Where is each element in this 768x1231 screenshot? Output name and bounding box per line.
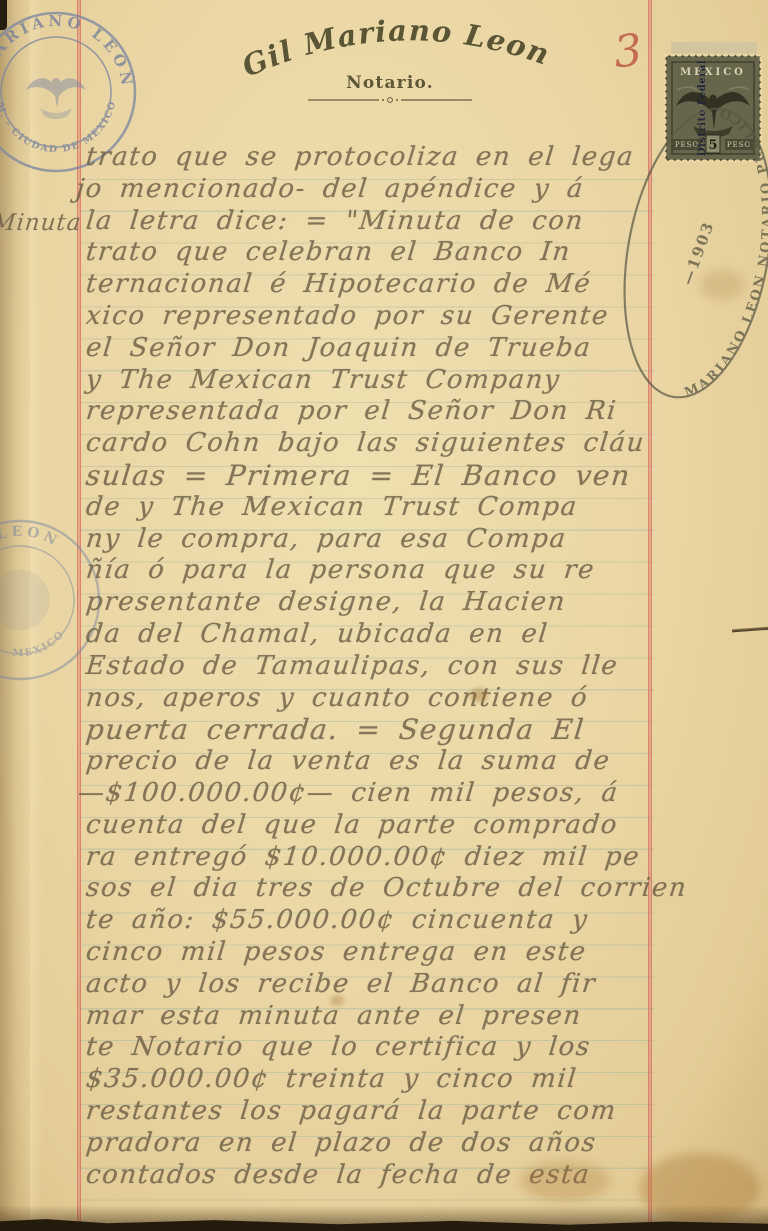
oval-cancel-text: MARIANO LEON NOTARIO PUBLICO: [667, 104, 768, 411]
handwritten-line: cuenta del que la parte comprado: [84, 810, 665, 842]
handwritten-line: la letra dice: = "Minuta de con: [84, 206, 665, 238]
handwritten-line: ternacional é Hipotecario de Mé: [84, 269, 665, 301]
handwritten-line: $35.000.00¢ treinta y cinco mil: [84, 1064, 665, 1096]
handwritten-line: Estado de Tamaulipas, con sus lle: [84, 651, 665, 683]
stamp-country: MEXICO: [680, 67, 746, 78]
seal-center-blur: [0, 559, 61, 640]
handwritten-line: presentante designe, la Hacien: [84, 587, 665, 619]
handwritten-line: jo mencionado- del apéndice y á: [74, 174, 665, 206]
handwritten-line: sos el dia tres de Octubre del corrien: [84, 873, 665, 905]
letterhead: Gil Mariano Leon Notario.: [160, 6, 620, 118]
stain-spot-1: [470, 688, 488, 702]
handwritten-line: cinco mil pesos entrega en este: [84, 937, 665, 969]
handwritten-line: da del Chamal, ubicada en el: [84, 619, 665, 651]
handwritten-line: mar esta minuta ante el presen: [84, 1001, 665, 1033]
right-edge-tear: [732, 627, 768, 633]
handwritten-line: puerta cerrada. = Segunda El: [84, 714, 665, 746]
notarial-document-page: Gil Mariano Leon Notario. 3 MEXICO PESO: [0, 0, 768, 1231]
handwritten-line: ny le compra, para esa Compa: [84, 524, 665, 556]
handwritten-line: trato que se protocoliza en el lega: [84, 142, 665, 174]
handwritten-line: y The Mexican Trust Company: [84, 365, 665, 397]
margin-note: Minuta: [0, 210, 83, 236]
handwritten-line: nos, aperos y cuanto contiene ó: [84, 683, 665, 715]
stain-right-mid: [700, 270, 744, 300]
handwritten-line: te año: $55.000.00¢ cincuenta y: [84, 905, 665, 937]
handwritten-line: restantes los pagará la parte com: [84, 1096, 665, 1128]
handwritten-line: trato que celebran el Banco In: [84, 237, 665, 269]
handwritten-line: pradora en el plazo de dos años: [84, 1128, 665, 1160]
handwritten-line: te Notario que lo certifica y los: [84, 1032, 665, 1064]
seal-eagle: [26, 78, 86, 119]
handwritten-body: trato que se protocoliza en el legajo me…: [86, 142, 664, 1191]
oval-cancel-text-path: MARIANO LEON NOTARIO PUBLICO: [667, 104, 768, 411]
folio-number: 3: [611, 25, 644, 79]
handwritten-line: ra entregó $10.000.00¢ diez mil pe: [84, 842, 665, 874]
stain-spot-2: [330, 995, 344, 1006]
handwritten-line: acto y los recibe el Banco al fir: [84, 969, 665, 1001]
handwritten-line: representada por el Señor Don Ri: [84, 396, 665, 428]
handwritten-line: ñía ó para la persona que su re: [84, 555, 665, 587]
stain-bottom-center: [520, 1161, 610, 1201]
handwritten-line: sulas = Primera = El Banco ven: [84, 460, 665, 492]
letterhead-divider: [308, 98, 472, 103]
handwritten-line: —$100.000.00¢— cien mil pesos, á: [76, 778, 665, 810]
handwritten-line: el Señor Don Joaquin de Trueba: [84, 333, 665, 365]
handwritten-line: precio de la venta es la suma de: [84, 746, 665, 778]
handwritten-line: cardo Cohn bajo las siguientes cláu: [84, 428, 665, 460]
stamp-selvage: [671, 42, 757, 55]
handwritten-line: xico representado por su Gerente: [84, 301, 665, 333]
letterhead-title: Notario.: [346, 73, 434, 93]
handwritten-line: de y The Mexican Trust Compa: [84, 492, 665, 524]
